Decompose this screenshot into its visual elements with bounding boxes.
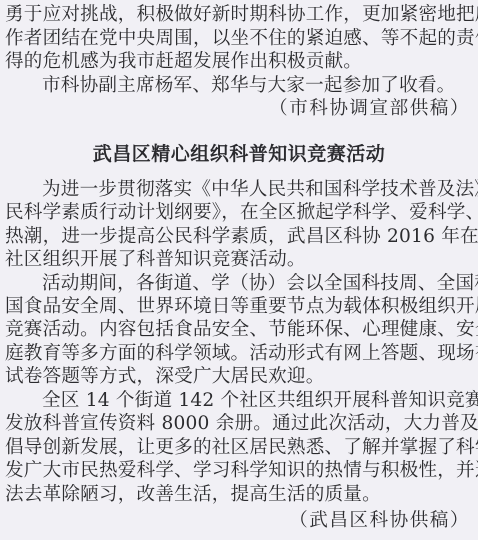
source-credit: （武昌区科协供稿） bbox=[289, 509, 470, 532]
text-line: 活动期间，各街道、学（协）会以全国科技周、全国科普日、全 bbox=[42, 272, 473, 295]
text-line: 勇于应对挑战，积极做好新时期科协工作，更加紧密地把广大科技工 bbox=[5, 3, 473, 26]
text-line: 得的危机感为我市赶超发展作出积极贡献。 bbox=[5, 50, 473, 73]
text-line: 竞赛活动。内容包括食品安全、节能环保、心理健康、安全常识、家 bbox=[5, 318, 473, 341]
text-line: 为进一步贯彻落实《中华人民共和国科学技术普及法》和《全 bbox=[42, 178, 473, 201]
text-line: 庭教育等多方面的科学领域。活动形式有网上答题、现场有奖竞猜、 bbox=[5, 342, 473, 365]
text-line: 试卷答题等方式，深受广大居民欢迎。 bbox=[5, 365, 473, 388]
text-line: 作者团结在党中央周围，以坐不住的紧迫感、等不起的责任感、慢不 bbox=[5, 27, 473, 50]
attendance-text: 市科协副主席杨军、郑华与大家一起参加了收看。 bbox=[42, 74, 473, 97]
document-page: 勇于应对挑战，积极做好新时期科协工作，更加紧密地把广大科技工 作者团结在党中央周… bbox=[0, 0, 478, 540]
article-title: 武昌区精心组织科普知识竞赛活动 bbox=[0, 142, 478, 166]
text-line: 民科学素质行动计划纲要》，在全区掀起学科学、爱科学、用科学的 bbox=[5, 201, 473, 224]
source-credit: （市科协调宣部供稿） bbox=[269, 97, 470, 120]
text-line: 发广大市民热爱科学、学习科学知识的热情与积极性，并运用科学方 bbox=[5, 459, 473, 482]
text-line: 国食品安全周、世界环境日等重要节点为载体积极组织开展科普知识 bbox=[5, 295, 473, 318]
text-line: 社区组织开展了科普知识竞赛活动。 bbox=[5, 248, 473, 271]
text-line: 全区 14 个街道 142 个社区共组织开展科普知识竞赛活动 146 场， bbox=[42, 389, 473, 412]
text-line: 热潮，进一步提高公民科学素质，武昌区科协 2016 年在全区各街道 bbox=[5, 225, 473, 248]
text-line: 发放科普宣传资料 8000 余册。通过此次活动，大力普及科学知识， bbox=[5, 412, 473, 435]
text-line: 倡导创新发展，让更多的社区居民熟悉、了解并掌握了科学知识，激 bbox=[5, 436, 473, 459]
text-line: 法去革除陋习，改善生活，提高生活的质量。 bbox=[5, 483, 473, 506]
